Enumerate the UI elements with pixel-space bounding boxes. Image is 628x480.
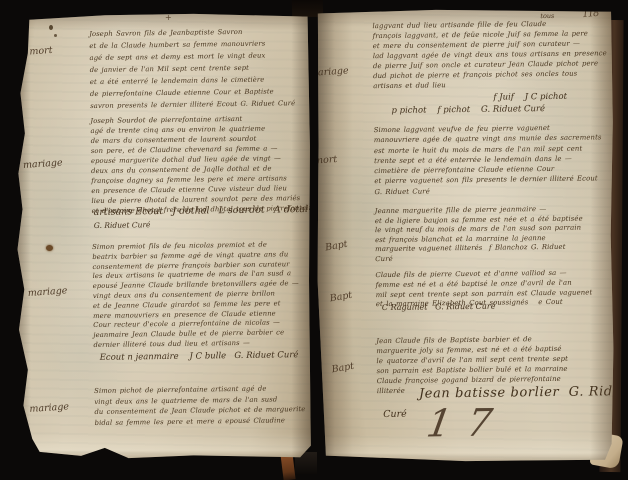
record-jeanmaire-baptism: Jeanne marguerite fille de pierre jeanma… [375,204,613,264]
margin-note-mort: mort [29,45,53,58]
margin-note-bapt: Bapt [329,290,353,305]
margin-note-mariage: mariage [29,401,69,415]
register-scan: + mort mariage mariage mariage Joseph Sa… [0,0,628,480]
margin-note-mariage: mariage [27,285,67,299]
cure-signature: G. Riduet Curé [94,220,151,230]
right-page: tous 118 mariage mort Bapt Bapt Bapt lag… [317,9,614,462]
insert-mark: + [165,13,172,22]
signatures-pichot-cure: p pichot f pichot G. Riduet Curé [391,104,545,116]
left-page-body: + mort mariage mariage mariage Joseph Sa… [16,13,312,459]
record-savron-death: Joseph Savron fils de Jeanbaptiste Savro… [89,25,312,112]
left-page: + mort mariage mariage mariage Joseph Sa… [16,13,312,459]
record-laggvant-death: Simone laggvant veufve de feu pierre vag… [374,122,612,197]
record-premiot-marriage: Simon premiot fils de feu nicolas premio… [92,240,312,351]
margin-note-mariage: mariage [317,65,349,79]
right-page-body: tous 118 mariage mort Bapt Bapt Bapt lag… [317,9,614,462]
record-pichot-marriage-start: Simon pichot de pierrefontaine artisant … [94,383,312,429]
record-pichot-marriage-end: laggvant dud lieu artisande fille de feu… [372,18,610,91]
margin-note-mort: mort [317,154,337,166]
margin-note-bapt: Bapt [324,239,348,254]
record-sourdot-marriage: Joseph Sourdot de pierrefontaine artisan… [90,113,312,216]
signatures-premiot: Ecout n jeanmaire J C bulle G. Riduet Cu… [100,350,299,363]
signatures-barbier-cure: Curé [383,409,407,420]
page-number-ink-mark: 17 [424,400,512,445]
signatures-sourdot: artisans Ecout J dothal L sourdot A dota… [94,204,309,218]
signatures-cuevot: C Raguinet G. Riduet Curé [382,302,496,312]
margin-note-bapt: Bapt [331,361,355,376]
margin-note-mariage: mariage [23,157,63,171]
signatures-barbier: Jean batisse borlier G. Riduet [419,384,614,402]
signatures-juif-pichot: f Juif J C pichot [493,92,567,103]
